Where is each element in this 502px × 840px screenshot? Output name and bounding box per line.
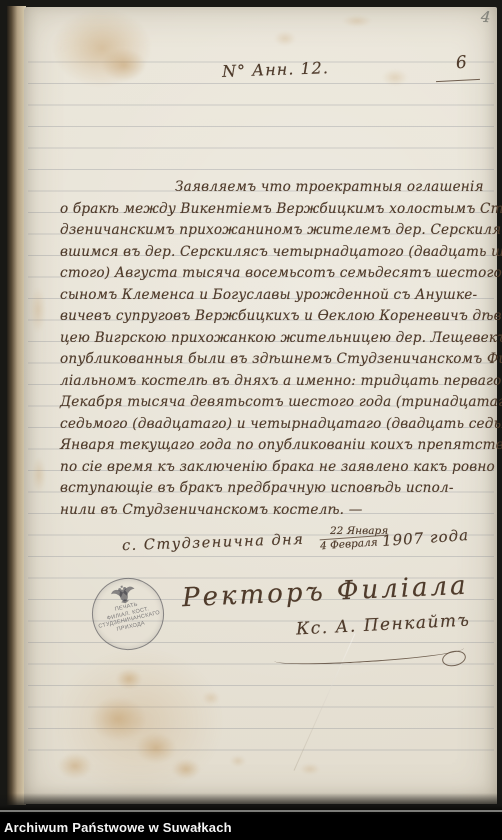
- page-number: 6: [455, 52, 468, 73]
- handwritten-line: о бракѣ между Викентіемъ Вержбицкимъ хол…: [60, 199, 492, 221]
- handwritten-line: вичевъ супруговъ Вержбицкихъ и Ѳеклою Ко…: [60, 306, 492, 328]
- stain: [30, 287, 46, 333]
- dateline-year: 1907 года: [381, 526, 469, 550]
- scan-edge-highlight: [0, 810, 502, 812]
- stain: [230, 755, 246, 767]
- archive-name-label: Archiwum Państwowe w Suwałkach: [0, 820, 232, 835]
- corner-pencil-number: 4: [480, 8, 491, 27]
- parish-seal-stamp: ПЕЧАТЬ ФИЛІАЛ. КОСТ. СТУДЗЕНИЧАНСКАГО ПР…: [85, 571, 171, 657]
- stain: [54, 647, 224, 797]
- handwritten-line: стого) Августа тысяча восемьсотъ семьдес…: [60, 263, 492, 285]
- handwritten-line: по сіе время къ заключенію брака не заяв…: [60, 457, 492, 479]
- signature-flourish: [274, 642, 465, 667]
- manuscript-page: N° Анн. 12. 6 4 Заявляемъ что троекратны…: [24, 7, 497, 804]
- handwritten-line: опубликованныя были въ здѣшнемъ Студзени…: [60, 349, 492, 371]
- dateline: с. Студзенична дня 22 Января 4 Февраля 1…: [24, 525, 497, 575]
- handwritten-line: дзеничанскимъ прихожаниномъ жителемъ дер…: [60, 220, 492, 242]
- handwritten-line: вступающіе въ бракъ предбрачную исповѣдь…: [60, 478, 492, 500]
- dateline-place: с. Студзенична дня: [122, 532, 305, 554]
- stain: [90, 697, 146, 741]
- archive-watermark-bar: Archiwum Państwowe w Suwałkach: [0, 815, 502, 840]
- handwritten-line: седьмого (двадцатаго) и четырнадцатаго (…: [60, 414, 492, 436]
- stain: [52, 9, 152, 87]
- date-gregorian: 4 Февраля: [320, 535, 389, 553]
- dateline-dual-date: 22 Января 4 Февраля: [320, 526, 388, 550]
- handwritten-line: нили въ Студзеничанскомъ костелѣ. —: [60, 500, 492, 522]
- stain: [32, 457, 46, 493]
- handwritten-body: Заявляемъ что троекратныя оглашенія о бр…: [60, 177, 492, 521]
- stain: [202, 691, 220, 705]
- page-number-underline: [436, 79, 480, 82]
- handwritten-line: сыномъ Клеменса и Богуславы урожденной с…: [60, 285, 492, 307]
- stain: [382, 69, 408, 86]
- handwritten-line: Января текущаго года по опубликованіи ко…: [60, 435, 492, 457]
- signature-title: Ректоръ Филіала: [181, 571, 469, 613]
- stain: [58, 753, 92, 779]
- stain: [300, 763, 320, 775]
- document-number: N° Анн. 12.: [222, 58, 330, 81]
- stain: [116, 669, 142, 689]
- stain: [136, 733, 176, 763]
- handwritten-line: цею Вигрскою прихожанкою жительницею дер…: [60, 328, 492, 350]
- handwritten-line: ліальномъ костелѣ въ дняхъ а именно: три…: [60, 371, 492, 393]
- scanned-document-view: N° Анн. 12. 6 4 Заявляемъ что троекратны…: [0, 0, 502, 840]
- stain: [172, 759, 200, 779]
- signature-name: Кс. А. Пенкайтъ: [296, 610, 471, 639]
- stain: [274, 31, 296, 46]
- handwritten-line: Заявляемъ что троекратныя оглашенія: [60, 177, 492, 199]
- stain: [102, 49, 146, 81]
- stain: [342, 15, 372, 27]
- handwritten-line: вшимся въ дер. Серскилясъ четырнадцатого…: [60, 242, 492, 264]
- handwritten-line: Декабря тысяча девятьсотъ шестого года (…: [60, 392, 492, 414]
